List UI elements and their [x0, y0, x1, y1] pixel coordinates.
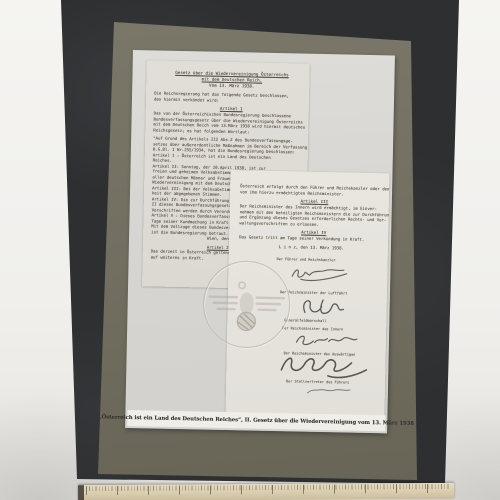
signature-scrawl-icon: [286, 263, 358, 285]
place-date-line: L i n z, den 13. März 1938.: [279, 244, 388, 252]
measuring-ruler: [78, 483, 454, 500]
article1-paragraph: Das von der Österreichischen Bundesregie…: [153, 110, 308, 135]
photo-print: Gesetz über die Wiedervereinigung Österr…: [125, 50, 395, 433]
photo-caption: „Österreich ist ein Land des Deutschen R…: [99, 414, 414, 427]
auction-photo-of-historical-document: Gesetz über die Wiedervereinigung Österr…: [0, 0, 500, 500]
signature-scrawl-icon: [289, 294, 353, 319]
ruler-end-cap: [78, 485, 84, 500]
signature-scrawl-icon: [276, 353, 377, 380]
article3-paragraph: Der Reichsminister des Innern wird ermäc…: [239, 203, 388, 228]
embossed-eagle-seal-icon: [198, 255, 296, 353]
signature-scrawl-icon: [291, 330, 361, 350]
signature-scrawl-icon: [302, 384, 358, 400]
